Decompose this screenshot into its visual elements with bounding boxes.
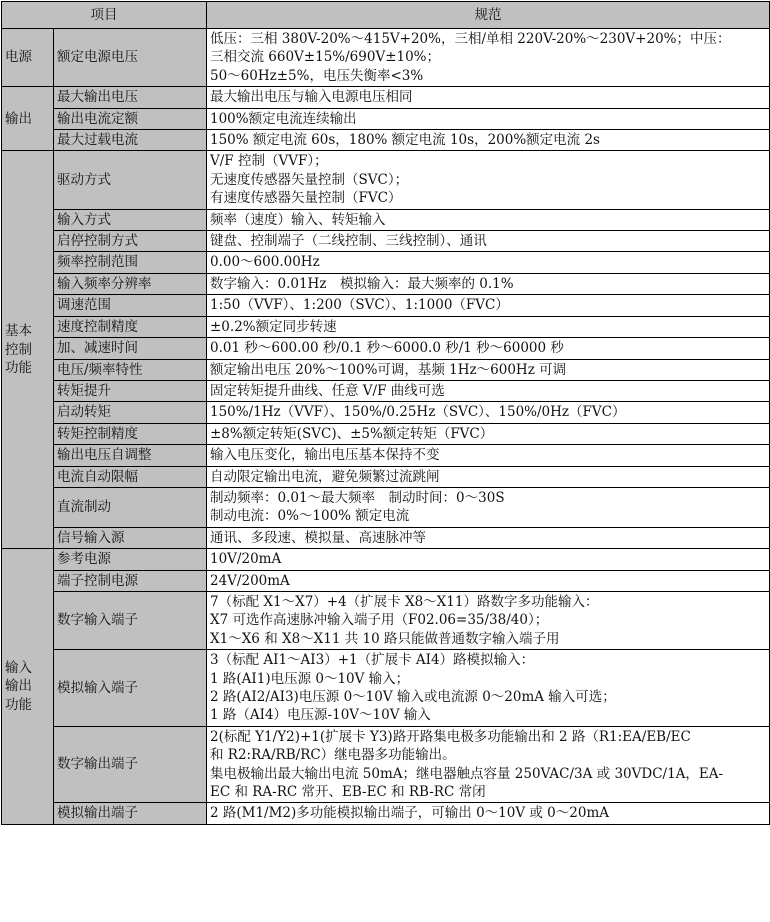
item-spec: 24V/200mA <box>207 570 770 591</box>
table-row: 速度控制精度±0.2%额定同步转速 <box>2 316 770 337</box>
spec-line: 0.00～600.00Hz <box>210 253 766 271</box>
item-name: 启动转矩 <box>54 402 207 423</box>
group-label: 输入输出功能 <box>2 549 54 825</box>
spec-line: 频率（速度）输入、转矩输入 <box>210 211 766 229</box>
spec-line: 3（标配 AI1～AI3）+1（扩展卡 AI4）路模拟输入： <box>210 651 766 669</box>
item-name: 启停控制方式 <box>54 231 207 252</box>
item-spec: 自动限定输出电流，避免频繁过流跳闸 <box>207 466 770 487</box>
group-label-line: 功能 <box>5 696 50 714</box>
spec-line: 50～60Hz±5%，电压失衡率<3% <box>210 67 766 85</box>
spec-line: EC 和 RA-RC 常开、EB-EC 和 RB-RC 常闭 <box>210 783 766 801</box>
item-name: 最大过载电流 <box>54 130 207 151</box>
item-name: 数字输入端子 <box>54 591 207 649</box>
table-row: 模拟输入端子3（标配 AI1～AI3）+1（扩展卡 AI4）路模拟输入：1 路(… <box>2 650 770 727</box>
item-spec: 2 路(M1/M2)多功能模拟输出端子，可输出 0～10V 或 0～20mA <box>207 803 770 824</box>
group-label: 输出 <box>2 87 54 151</box>
item-name: 额定电源电压 <box>54 29 207 87</box>
item-spec: 数字输入：0.01Hz 模拟输入：最大频率的 0.1% <box>207 273 770 294</box>
item-spec: 输入电压变化，输出电压基本保持不变 <box>207 445 770 466</box>
spec-line: 24V/200mA <box>210 572 766 590</box>
item-spec: 通讯、多段速、模拟量、高速脉冲等 <box>207 527 770 548</box>
item-spec: V/F 控制（VVF）；无速度传感器矢量控制（SVC）；有速度传感器矢量控制（F… <box>207 151 770 209</box>
specification-table: 项目 规范 电源额定电源电压低压：三相 380V-20%～415V+20%，三相… <box>1 1 770 825</box>
item-spec: 2(标配 Y1/Y2)+1(扩展卡 Y3)路开路集电极多功能输出和 2 路（R1… <box>207 726 770 803</box>
spec-line: 和 R2:RA/RB/RC）继电器多功能输出。 <box>210 746 766 764</box>
item-spec: 频率（速度）输入、转矩输入 <box>207 209 770 230</box>
group-label-line: 输入 <box>5 659 50 677</box>
spec-line: 10V/20mA <box>210 550 766 568</box>
spec-line: 100%额定电流连续输出 <box>210 110 766 128</box>
group-label: 基本控制功能 <box>2 151 54 549</box>
spec-line: 制动频率：0.01～最大频率 制动时间：0～30S <box>210 489 766 507</box>
table-body: 电源额定电源电压低压：三相 380V-20%～415V+20%，三相/单相 22… <box>2 29 770 825</box>
spec-line: V/F 控制（VVF）； <box>210 152 766 170</box>
group-label-line: 基本 <box>5 322 50 340</box>
table-row: 电压/频率特性额定输出电压 20%～100%可调，基频 1Hz～600Hz 可调 <box>2 359 770 380</box>
item-name: 输出电流定额 <box>54 108 207 129</box>
item-name: 输入方式 <box>54 209 207 230</box>
spec-line: 7（标配 X1～X7）+4（扩展卡 X8～X11）路数字多功能输入： <box>210 593 766 611</box>
item-spec: 7（标配 X1～X7）+4（扩展卡 X8～X11）路数字多功能输入：X7 可选作… <box>207 591 770 649</box>
item-name: 驱动方式 <box>54 151 207 209</box>
item-spec: 最大输出电压与输入电源电压相同 <box>207 87 770 108</box>
table-row: 数字输出端子2(标配 Y1/Y2)+1(扩展卡 Y3)路开路集电极多功能输出和 … <box>2 726 770 803</box>
table-row: 输出电压自调整输入电压变化，输出电压基本保持不变 <box>2 445 770 466</box>
spec-line: X1～X6 和 X8～X11 共 10 路只能做普通数字输入端子用 <box>210 630 766 648</box>
spec-line: 有速度传感器矢量控制（FVC） <box>210 189 766 207</box>
table-row: 电流自动限幅自动限定输出电流，避免频繁过流跳闸 <box>2 466 770 487</box>
header-spec: 规范 <box>207 2 770 29</box>
table-row: 转矩提升固定转矩提升曲线、任意 V/F 曲线可选 <box>2 380 770 401</box>
group-label-line: 输出 <box>5 677 50 695</box>
item-spec: 0.01 秒～600.00 秒/0.1 秒～6000.0 秒/1 秒～60000… <box>207 338 770 359</box>
item-name: 电压/频率特性 <box>54 359 207 380</box>
item-name: 电流自动限幅 <box>54 466 207 487</box>
item-spec: 100%额定电流连续输出 <box>207 108 770 129</box>
item-spec: 低压：三相 380V-20%～415V+20%，三相/单相 220V-20%～2… <box>207 29 770 87</box>
spec-line: 1 路(AI1)电压源 0～10V 输入； <box>210 670 766 688</box>
item-spec: 150%/1Hz（VVF）、150%/0.25Hz（SVC）、150%/0Hz（… <box>207 402 770 423</box>
item-spec: 固定转矩提升曲线、任意 V/F 曲线可选 <box>207 380 770 401</box>
item-spec: 额定输出电压 20%～100%可调，基频 1Hz～600Hz 可调 <box>207 359 770 380</box>
table-row: 调速范围1:50（VVF）、1:200（SVC）、1:1000（FVC） <box>2 295 770 316</box>
spec-line: 150%/1Hz（VVF）、150%/0.25Hz（SVC）、150%/0Hz（… <box>210 403 766 421</box>
item-name: 最大输出电压 <box>54 87 207 108</box>
item-name: 端子控制电源 <box>54 570 207 591</box>
spec-line: 低压：三相 380V-20%～415V+20%，三相/单相 220V-20%～2… <box>210 30 766 48</box>
item-name: 速度控制精度 <box>54 316 207 337</box>
spec-line: 数字输入：0.01Hz 模拟输入：最大频率的 0.1% <box>210 275 766 293</box>
group-label-line: 控制 <box>5 341 50 359</box>
spec-line: 最大输出电压与输入电源电压相同 <box>210 88 766 106</box>
spec-line: ±8%额定转矩(SVC)、±5%额定转矩（FVC） <box>210 425 766 443</box>
table-row: 基本控制功能驱动方式V/F 控制（VVF）；无速度传感器矢量控制（SVC）；有速… <box>2 151 770 209</box>
spec-line: X7 可选作高速脉冲输入端子用（F02.06=35/38/40）； <box>210 611 766 629</box>
item-name: 转矩控制精度 <box>54 423 207 444</box>
item-spec: 150% 额定电流 60s，180% 额定电流 10s，200%额定电流 2s <box>207 130 770 151</box>
spec-line: 无速度传感器矢量控制（SVC）； <box>210 171 766 189</box>
spec-line: 集电极输出最大输出电流 50mA；继电器触点容量 250VAC/3A 或 30V… <box>210 765 766 783</box>
item-spec: 键盘、控制端子（二线控制、三线控制）、通讯 <box>207 231 770 252</box>
spec-line: 三相交流 660V±15%/690V±10%； <box>210 48 766 66</box>
table-row: 数字输入端子7（标配 X1～X7）+4（扩展卡 X8～X11）路数字多功能输入：… <box>2 591 770 649</box>
item-name: 模拟输入端子 <box>54 650 207 727</box>
table-row: 输入输出功能参考电源10V/20mA <box>2 549 770 570</box>
spec-line: 制动电流：0%～100% 额定电流 <box>210 507 766 525</box>
item-spec: 0.00～600.00Hz <box>207 252 770 273</box>
table-row: 启停控制方式键盘、控制端子（二线控制、三线控制）、通讯 <box>2 231 770 252</box>
item-name: 频率控制范围 <box>54 252 207 273</box>
item-spec: 3（标配 AI1～AI3）+1（扩展卡 AI4）路模拟输入：1 路(AI1)电压… <box>207 650 770 727</box>
table-header-row: 项目 规范 <box>2 2 770 29</box>
table-row: 转矩控制精度±8%额定转矩(SVC)、±5%额定转矩（FVC） <box>2 423 770 444</box>
table-row: 直流制动制动频率：0.01～最大频率 制动时间：0～30S制动电流：0%～100… <box>2 487 770 527</box>
table-row: 最大过载电流150% 额定电流 60s，180% 额定电流 10s，200%额定… <box>2 130 770 151</box>
item-spec: ±8%额定转矩(SVC)、±5%额定转矩（FVC） <box>207 423 770 444</box>
item-name: 加、减速时间 <box>54 338 207 359</box>
spec-line: 0.01 秒～600.00 秒/0.1 秒～6000.0 秒/1 秒～60000… <box>210 339 766 357</box>
header-item: 项目 <box>2 2 207 29</box>
item-name: 直流制动 <box>54 487 207 527</box>
table-row: 输入频率分辨率数字输入：0.01Hz 模拟输入：最大频率的 0.1% <box>2 273 770 294</box>
spec-line: 150% 额定电流 60s，180% 额定电流 10s，200%额定电流 2s <box>210 131 766 149</box>
item-spec: 制动频率：0.01～最大频率 制动时间：0～30S制动电流：0%～100% 额定… <box>207 487 770 527</box>
item-name: 信号输入源 <box>54 527 207 548</box>
spec-line: 1:50（VVF）、1:200（SVC）、1:1000（FVC） <box>210 296 766 314</box>
item-name: 参考电源 <box>54 549 207 570</box>
item-name: 调速范围 <box>54 295 207 316</box>
spec-line: 键盘、控制端子（二线控制、三线控制）、通讯 <box>210 232 766 250</box>
item-name: 输入频率分辨率 <box>54 273 207 294</box>
spec-line: 通讯、多段速、模拟量、高速脉冲等 <box>210 529 766 547</box>
table-row: 电源额定电源电压低压：三相 380V-20%～415V+20%，三相/单相 22… <box>2 29 770 87</box>
table-row: 信号输入源通讯、多段速、模拟量、高速脉冲等 <box>2 527 770 548</box>
table-row: 频率控制范围0.00～600.00Hz <box>2 252 770 273</box>
spec-line: 2 路(M1/M2)多功能模拟输出端子，可输出 0～10V 或 0～20mA <box>210 804 766 822</box>
item-spec: 1:50（VVF）、1:200（SVC）、1:1000（FVC） <box>207 295 770 316</box>
spec-line: 自动限定输出电流，避免频繁过流跳闸 <box>210 468 766 486</box>
spec-line: 固定转矩提升曲线、任意 V/F 曲线可选 <box>210 382 766 400</box>
spec-line: ±0.2%额定同步转速 <box>210 318 766 336</box>
group-label-line: 功能 <box>5 359 50 377</box>
spec-line: 输入电压变化，输出电压基本保持不变 <box>210 446 766 464</box>
table-row: 加、减速时间0.01 秒～600.00 秒/0.1 秒～6000.0 秒/1 秒… <box>2 338 770 359</box>
table-row: 输出电流定额100%额定电流连续输出 <box>2 108 770 129</box>
table-row: 输入方式频率（速度）输入、转矩输入 <box>2 209 770 230</box>
item-name: 模拟输出端子 <box>54 803 207 824</box>
spec-line: 2(标配 Y1/Y2)+1(扩展卡 Y3)路开路集电极多功能输出和 2 路（R1… <box>210 728 766 746</box>
spec-line: 额定输出电压 20%～100%可调，基频 1Hz～600Hz 可调 <box>210 361 766 379</box>
item-spec: 10V/20mA <box>207 549 770 570</box>
table-row: 模拟输出端子2 路(M1/M2)多功能模拟输出端子，可输出 0～10V 或 0～… <box>2 803 770 824</box>
table-row: 启动转矩150%/1Hz（VVF）、150%/0.25Hz（SVC）、150%/… <box>2 402 770 423</box>
table-row: 输出最大输出电压最大输出电压与输入电源电压相同 <box>2 87 770 108</box>
item-name: 输出电压自调整 <box>54 445 207 466</box>
item-name: 转矩提升 <box>54 380 207 401</box>
table-row: 端子控制电源24V/200mA <box>2 570 770 591</box>
item-name: 数字输出端子 <box>54 726 207 803</box>
spec-line: 1 路（AI4）电压源-10V～10V 输入 <box>210 706 766 724</box>
group-label: 电源 <box>2 29 54 87</box>
item-spec: ±0.2%额定同步转速 <box>207 316 770 337</box>
spec-line: 2 路(AI2/AI3)电压源 0～10V 输入或电流源 0～20mA 输入可选… <box>210 688 766 706</box>
